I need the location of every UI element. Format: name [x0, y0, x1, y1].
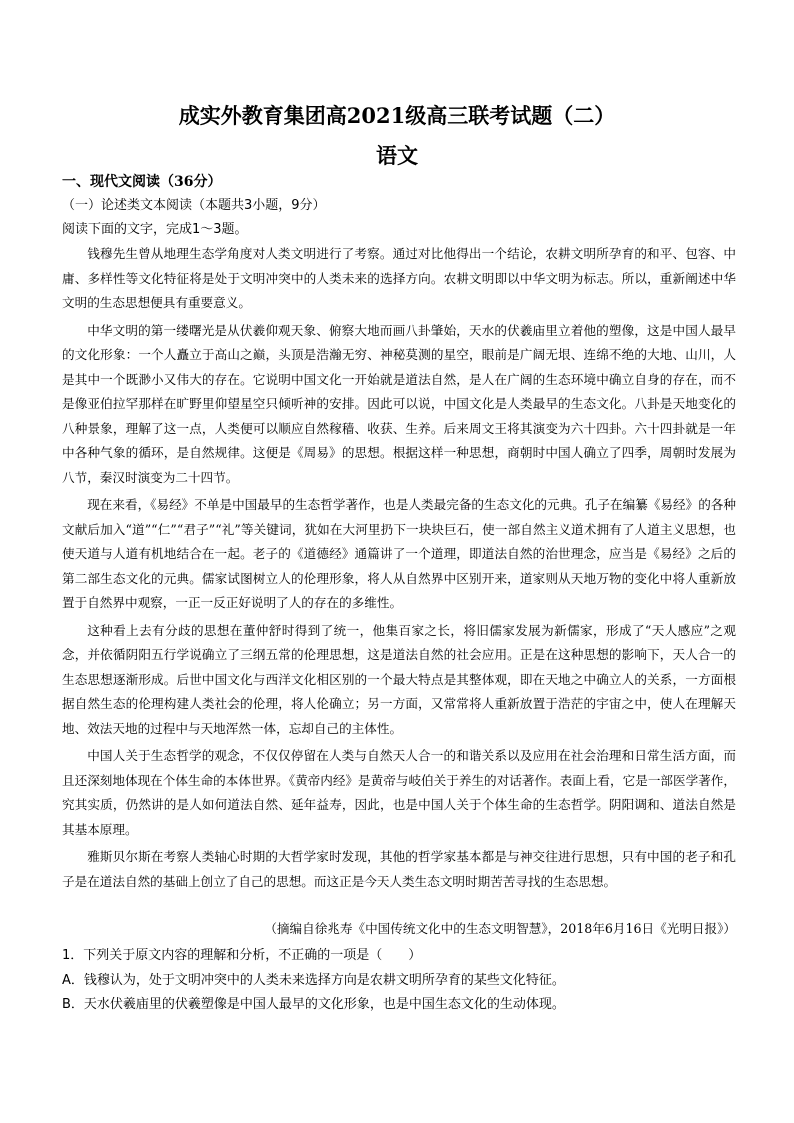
passage-paragraph: 这种看上去有分歧的思想在董仲舒时得到了统一，他集百家之长，将旧儒家发展为新儒家，… — [62, 619, 736, 742]
exam-title: 成实外教育集团高2021级高三联考试题（二） — [0, 100, 794, 130]
question-stem: 1．下列关于原文内容的理解和分析，不正确的一项是（ ） — [62, 944, 736, 969]
passage-paragraph: 雅斯贝尔斯在考察人类轴心时期的大哲学家时发现，其他的哲学家基本都是与神交往进行思… — [62, 845, 736, 894]
passage-paragraph: 中华文明的第一缕曙光是从伏羲仰观天象、俯察大地而画八卦肇始，天水的伏羲庙里立着他… — [62, 319, 736, 491]
answer-option-a: A．钱穆认为，处于文明冲突中的人类未来选择方向是农耕文明所孕育的某些文化特征。 — [62, 969, 736, 994]
passage-citation: （摘编自徐兆寿《中国传统文化中的生态文明智慧》，2018年6月16日《光明日报》… — [264, 918, 736, 937]
section-heading: 一、现代文阅读（36分） — [62, 171, 221, 191]
exam-page: 成实外教育集团高2021级高三联考试题（二） 语文 一、现代文阅读（36分） （… — [0, 0, 794, 1123]
passage-paragraph: 中国人关于生态哲学的观念，不仅仅停留在人类与自然天人合一的和谐关系以及应用在社会… — [62, 744, 736, 842]
reading-passage: 钱穆先生曾从地理生态学角度对人类文明进行了考察。通过对比他得出一个结论，农耕文明… — [62, 242, 736, 894]
reading-instruction: 阅读下面的文字，完成1～3题。 — [62, 218, 248, 237]
subject-title: 语文 — [0, 140, 794, 170]
question-list: 1．下列关于原文内容的理解和分析，不正确的一项是（ ） A．钱穆认为，处于文明冲… — [62, 944, 736, 1018]
passage-paragraph: 钱穆先生曾从地理生态学角度对人类文明进行了考察。通过对比他得出一个结论，农耕文明… — [62, 242, 736, 316]
subsection-heading: （一）论述类文本阅读（本题共3小题，9分） — [62, 194, 326, 213]
passage-paragraph: 现在来看，《易经》不单是中国最早的生态哲学著作，也是人类最完备的生态文化的元典。… — [62, 493, 736, 616]
answer-option-b: B．天水伏羲庙里的伏羲塑像是中国人最早的文化形象，也是中国生态文化的生动体现。 — [62, 993, 736, 1018]
